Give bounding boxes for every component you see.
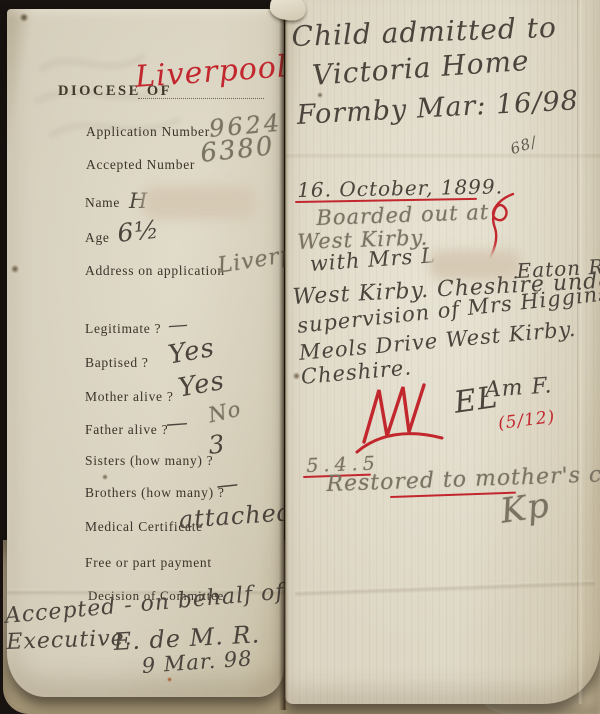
diocese-rule — [138, 98, 264, 99]
paper-stain — [102, 474, 108, 480]
red-flourish-icon — [483, 190, 521, 262]
brothers-label: Brothers (how many) ? — [85, 485, 225, 501]
restored-initials: Kp — [498, 485, 552, 531]
application-number-label: Application Number — [86, 124, 210, 140]
free-or-part-payment-label: Free or part payment — [85, 555, 212, 571]
legitimate-value: — — [167, 312, 190, 337]
crease — [285, 152, 600, 159]
age-value: 6½ — [116, 215, 161, 248]
paper-stain — [317, 92, 323, 98]
paper-stain — [167, 677, 172, 682]
legitimate-label: Legitimate ? — [85, 321, 161, 337]
crease — [295, 580, 595, 597]
sisters-value: 3 — [207, 429, 227, 460]
paper-stain — [293, 372, 300, 380]
paper-stain — [11, 264, 19, 274]
center-spine — [279, 0, 289, 710]
name-redaction-blur — [148, 191, 252, 214]
document-scan: DIOCESE OF Liverpool Application Number … — [0, 0, 600, 714]
baptised-label: Baptised ? — [85, 355, 149, 371]
father-alive-label: Father alive ? — [85, 422, 168, 438]
sisters-label: Sisters (how many) ? — [85, 453, 213, 469]
name-value: H — [129, 189, 148, 213]
paper-stain — [19, 13, 29, 22]
initials-amf: Am F. — [484, 373, 553, 403]
red-w-flourish-icon — [352, 382, 450, 458]
brothers-value: — — [215, 472, 240, 499]
mother-alive-label: Mother alive ? — [85, 389, 174, 405]
father-alive-dash: — — [165, 410, 197, 437]
name-label: Name — [85, 195, 120, 211]
accepted-number-label: Accepted Number — [86, 157, 195, 173]
address-label: Address on application — [85, 263, 225, 279]
age-label: Age — [85, 230, 110, 246]
surname-redaction-blur — [434, 255, 516, 275]
